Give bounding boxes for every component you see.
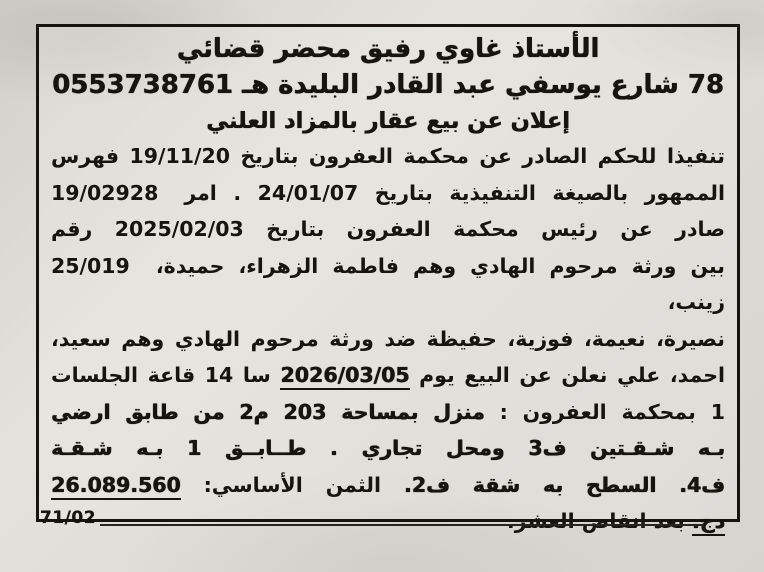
body-line-sale-date: احمد، علي نعلن عن البيع يوم 2026/03/05 س…: [51, 357, 725, 394]
bottom-rule-line: [100, 524, 704, 526]
case-number: 25/019: [51, 248, 130, 285]
executory-copy-text: الممهور بالصيغة التنفيذية بتاريخ 24/01/0…: [184, 175, 725, 212]
sale-date-underlined: 2026/03/05: [280, 363, 409, 390]
court-label: 1 بمحكمة العفرون :: [500, 400, 725, 424]
sale-announcement-pre: احمد، علي نعلن عن البيع يوم: [419, 363, 725, 387]
newspaper-scan-page: { "colors": { "ink": "#17140f", "paper":…: [0, 0, 764, 572]
currency-dzd: دج.: [692, 509, 725, 536]
edition-reference-number: 71/02: [40, 508, 96, 528]
body-line-judgment: تنفيذا للحكم الصادر عن محكمة العفرون بتا…: [51, 138, 725, 175]
notice-frame: الأستاذ غاوي رفيق محضر قضائي 78 شارع يوس…: [36, 24, 740, 522]
body-line-heirs-vs: نصيرة، نعيمة، فوزية، حفيظة ضد ورثة مرحوم…: [51, 321, 725, 358]
property-description-bold: منزل بمساحة 203 م2 من طابق ارضي: [51, 400, 485, 424]
body-line-case-number: بين ورثة مرحوم الهادي وهم فاطمة الزهراء،…: [51, 248, 725, 321]
notice-body: تنفيذا للحكم الصادر عن محكمة العفرون بتا…: [51, 138, 725, 540]
base-price-label: الثمن الأساسي:: [204, 473, 381, 497]
body-line-index-number: الممهور بالصيغة التنفيذية بتاريخ 24/01/0…: [51, 175, 725, 212]
bailiff-name-title: الأستاذ غاوي رفيق محضر قضائي: [51, 31, 725, 67]
base-price-value: 26.089.560: [51, 473, 181, 500]
roof-apartment-bold: ف4. السطح به شقة ف2.: [404, 473, 725, 497]
sale-time-room: سا 14 قاعة الجلسات: [51, 363, 271, 387]
heirs-list-part1: بين ورثة مرحوم الهادي وهم فاطمة الزهراء،…: [156, 248, 725, 321]
body-line-currency: دج. بعد انقاص العشر.: [51, 503, 725, 540]
bailiff-address-phone: 78 شارع يوسفي عبد القادر البليدة هـ 0553…: [51, 67, 725, 104]
index-number: 19/02928: [51, 175, 158, 212]
body-line-property-floors: بـه شـقـتين ف3 ومحل تجاري . طــابــق 1 ب…: [51, 430, 725, 467]
after-tenth-reduction: بعد انقاص العشر.: [507, 509, 685, 533]
body-line-base-price: ف4. السطح به شقة ف2. الثمن الأساسي: 26.0…: [51, 467, 725, 504]
body-line-order: صادر عن رئيس محكمة العفرون بتاريخ 2025/0…: [51, 211, 725, 248]
body-line-property-intro: 1 بمحكمة العفرون : منزل بمساحة 203 م2 من…: [51, 394, 725, 431]
notice-title: إعلان عن بيع عقار بالمزاد العلني: [51, 104, 725, 138]
